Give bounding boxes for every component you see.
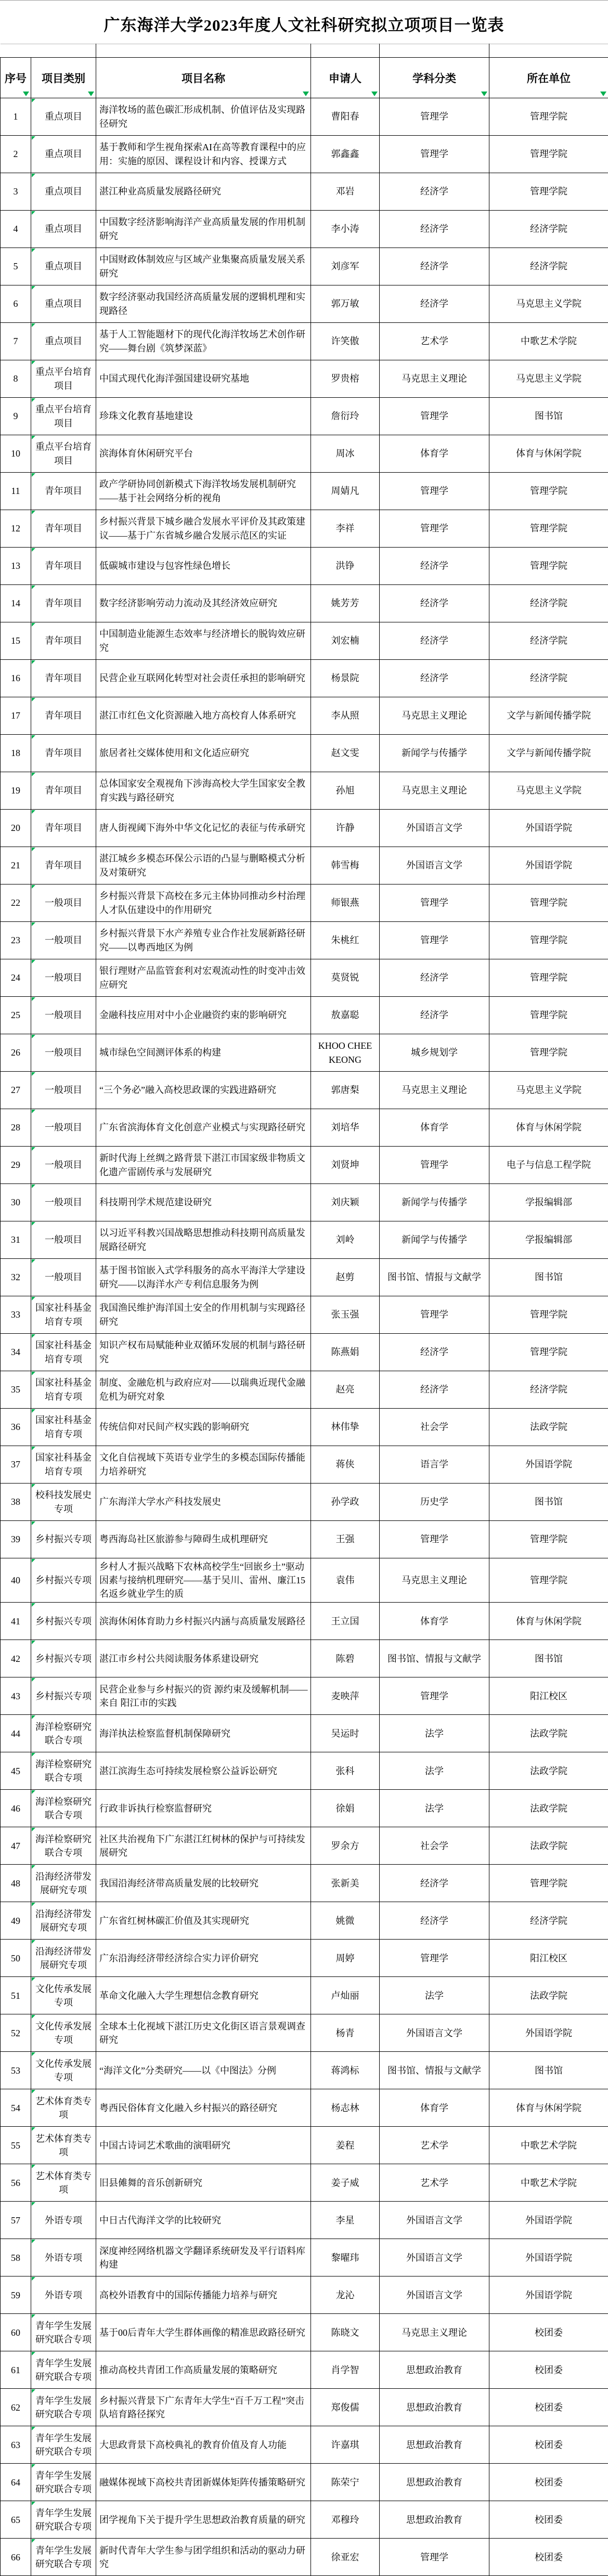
category-cell[interactable]: 青年项目 [31,810,96,847]
unit-cell[interactable]: 图书馆 [489,1259,608,1296]
row-number-cell[interactable]: 28 [1,1109,31,1147]
project-name-cell[interactable]: 传统信仰对民间产权实践的影响研究 [96,1409,311,1446]
category-cell[interactable]: 艺术体育类专项 [31,2127,96,2164]
discipline-cell[interactable]: 管理学 [380,1677,489,1715]
row-number-cell[interactable]: 3 [1,173,31,211]
category-cell[interactable]: 外语专项 [31,2239,96,2276]
unit-cell[interactable]: 管理学院 [489,884,608,922]
project-name-cell[interactable]: 湛江种业高质量发展路径研究 [96,173,311,211]
applicant-cell[interactable]: 徐娟 [311,1790,380,1827]
unit-cell[interactable]: 体育与休闲学院 [489,1109,608,1147]
applicant-cell[interactable]: 吴运时 [311,1715,380,1752]
applicant-cell[interactable]: 刘彦军 [311,248,380,285]
unit-cell[interactable]: 文学与新闻传播学院 [489,697,608,735]
category-cell[interactable]: 重点项目 [31,323,96,360]
category-cell[interactable]: 青年项目 [31,585,96,622]
category-cell[interactable]: 青年项目 [31,548,96,585]
unit-cell[interactable]: 管理学院 [489,959,608,997]
applicant-cell[interactable]: 莫贤锐 [311,959,380,997]
project-name-cell[interactable]: 滨海体育休闲研究平台 [96,435,311,473]
discipline-cell[interactable]: 新闻学与传播学 [380,735,489,772]
category-cell[interactable]: 青年学生发展研究联合专项 [31,2314,96,2351]
filter-dropdown-icon[interactable] [481,92,487,96]
unit-cell[interactable]: 管理学院 [489,473,608,510]
category-cell[interactable]: 外语专项 [31,2202,96,2239]
row-number-cell[interactable]: 19 [1,772,31,810]
row-number-cell[interactable]: 54 [1,2089,31,2127]
applicant-cell[interactable]: 周婷 [311,1940,380,1977]
project-name-cell[interactable]: 基于人工智能题材下的现代化海洋牧场艺术创作研究——舞台剧《筑梦深蓝》 [96,323,311,360]
discipline-cell[interactable]: 经济学 [380,959,489,997]
project-name-cell[interactable]: 高校外语教育中的国际传播能力培养与研究 [96,2276,311,2314]
project-name-cell[interactable]: 乡村振兴背景下高校在多元主体协同推动乡村治理人才队伍建设中的作用研究 [96,884,311,922]
discipline-cell[interactable]: 法学 [380,1715,489,1752]
discipline-cell[interactable]: 经济学 [380,1334,489,1371]
project-name-cell[interactable]: 基于图书馆嵌入式学科服务的高水平海洋大学建设研究——以海洋水产专利信息服务为例 [96,1259,311,1296]
discipline-cell[interactable]: 马克思主义理论 [380,772,489,810]
category-cell[interactable]: 艺术体育类专项 [31,2089,96,2127]
category-cell[interactable]: 国家社科基金培育专项 [31,1371,96,1409]
unit-cell[interactable]: 图书馆 [489,1640,608,1677]
applicant-cell[interactable]: 许嘉琪 [311,2426,380,2464]
unit-cell[interactable]: 法政学院 [489,1977,608,2014]
applicant-cell[interactable]: 陈燕娟 [311,1334,380,1371]
applicant-cell[interactable]: 刘庆颖 [311,1184,380,1221]
row-number-cell[interactable]: 36 [1,1409,31,1446]
applicant-cell[interactable]: 曹阳春 [311,98,380,136]
applicant-cell[interactable]: 李从照 [311,697,380,735]
unit-cell[interactable]: 经济学院 [489,660,608,697]
category-cell[interactable]: 一般项目 [31,959,96,997]
project-name-cell[interactable]: 城市绿色空间测评体系的构建 [96,1034,311,1072]
unit-cell[interactable]: 管理学院 [489,1034,608,1072]
applicant-cell[interactable]: 姚微 [311,1902,380,1940]
unit-cell[interactable]: 法政学院 [489,1409,608,1446]
applicant-cell[interactable]: 刘岭 [311,1221,380,1259]
project-name-cell[interactable]: 湛江城乡多模态环保公示语的凸显与删略模式分析及对策研究 [96,847,311,884]
applicant-cell[interactable]: 许静 [311,810,380,847]
project-name-cell[interactable]: 数字经济影响劳动力流动及其经济效应研究 [96,585,311,622]
applicant-cell[interactable]: 龙沁 [311,2276,380,2314]
category-cell[interactable]: 外语专项 [31,2276,96,2314]
project-name-cell[interactable]: 海洋牧场的蓝色碳汇形成机制、价值评估及实现路径研究 [96,98,311,136]
row-number-cell[interactable]: 66 [1,2539,31,2576]
applicant-cell[interactable]: 李星 [311,2202,380,2239]
project-name-cell[interactable]: 革命文化融入大学生理想信念教育研究 [96,1977,311,2014]
row-number-cell[interactable]: 33 [1,1296,31,1334]
row-number-cell[interactable]: 9 [1,398,31,435]
discipline-cell[interactable]: 经济学 [380,248,489,285]
project-name-cell[interactable]: 中国古诗词艺术歌曲的演唱研究 [96,2127,311,2164]
project-name-cell[interactable]: 粤西海岛社区旅游参与障碍生成机理研究 [96,1521,311,1558]
row-number-cell[interactable]: 4 [1,211,31,248]
unit-cell[interactable]: 校团委 [489,2501,608,2539]
unit-cell[interactable]: 法政学院 [489,1790,608,1827]
unit-cell[interactable]: 外国语学院 [489,2239,608,2276]
category-cell[interactable]: 重点平台培育项目 [31,398,96,435]
applicant-cell[interactable]: KHOO CHEE KEONG [311,1034,380,1072]
discipline-cell[interactable]: 马克思主义理论 [380,2314,489,2351]
row-number-cell[interactable]: 6 [1,285,31,323]
project-name-cell[interactable]: 深度神经网络机器文学翻译系统研发及平行语料库构建 [96,2239,311,2276]
unit-cell[interactable]: 校团委 [489,2426,608,2464]
row-number-cell[interactable]: 30 [1,1184,31,1221]
discipline-cell[interactable]: 外国语言文学 [380,810,489,847]
applicant-cell[interactable]: 刘宏楠 [311,622,380,660]
applicant-cell[interactable]: 赵剪 [311,1259,380,1296]
discipline-cell[interactable]: 马克思主义理论 [380,1558,489,1603]
discipline-cell[interactable]: 经济学 [380,585,489,622]
unit-cell[interactable]: 外国语学院 [489,1446,608,1484]
discipline-cell[interactable]: 思想政治教育 [380,2351,489,2389]
applicant-cell[interactable]: 孙学政 [311,1484,380,1521]
row-number-cell[interactable]: 43 [1,1677,31,1715]
category-cell[interactable]: 青年学生发展研究联合专项 [31,2351,96,2389]
unit-cell[interactable]: 管理学院 [489,1558,608,1603]
category-cell[interactable]: 乡村振兴专项 [31,1521,96,1558]
project-name-cell[interactable]: 珍珠文化教育基地建设 [96,398,311,435]
row-number-cell[interactable]: 5 [1,248,31,285]
category-cell[interactable]: 重点项目 [31,136,96,173]
applicant-cell[interactable]: 孙旭 [311,772,380,810]
row-number-cell[interactable]: 31 [1,1221,31,1259]
row-number-cell[interactable]: 18 [1,735,31,772]
applicant-cell[interactable]: 李小涛 [311,211,380,248]
discipline-cell[interactable]: 外国语言文学 [380,2202,489,2239]
discipline-cell[interactable]: 思想政治教育 [380,2464,489,2501]
project-name-cell[interactable]: 制度、金融危机与政府应对——以瑞典近现代金融危机为研究对象 [96,1371,311,1409]
applicant-cell[interactable]: 邓岩 [311,173,380,211]
row-number-cell[interactable]: 1 [1,98,31,136]
unit-cell[interactable]: 经济学院 [489,248,608,285]
category-cell[interactable]: 重点项目 [31,285,96,323]
unit-cell[interactable]: 阳江校区 [489,1940,608,1977]
applicant-cell[interactable]: 陈荣宁 [311,2464,380,2501]
category-cell[interactable]: 重点平台培育项目 [31,435,96,473]
unit-cell[interactable]: 体育与休闲学院 [489,1603,608,1640]
category-cell[interactable]: 一般项目 [31,1072,96,1109]
row-number-cell[interactable]: 16 [1,660,31,697]
category-cell[interactable]: 重点平台培育项目 [31,360,96,398]
row-number-cell[interactable]: 55 [1,2127,31,2164]
discipline-cell[interactable]: 马克思主义理论 [380,360,489,398]
unit-cell[interactable]: 学报编辑部 [489,1184,608,1221]
project-name-cell[interactable]: 团学视角下关于提升学生思想政治教育质量的研究 [96,2501,311,2539]
discipline-cell[interactable]: 艺术学 [380,2127,489,2164]
discipline-cell[interactable]: 体育学 [380,435,489,473]
unit-cell[interactable]: 学报编辑部 [489,1221,608,1259]
applicant-cell[interactable]: 林伟挚 [311,1409,380,1446]
discipline-cell[interactable]: 经济学 [380,1371,489,1409]
row-number-cell[interactable]: 45 [1,1752,31,1790]
unit-cell[interactable]: 管理学院 [489,98,608,136]
discipline-cell[interactable]: 法学 [380,1790,489,1827]
applicant-cell[interactable]: 蒋侠 [311,1446,380,1484]
row-number-cell[interactable]: 47 [1,1827,31,1865]
row-number-cell[interactable]: 64 [1,2464,31,2501]
category-cell[interactable]: 一般项目 [31,1109,96,1147]
project-name-cell[interactable]: 旅居者社交媒体使用和文化适应研究 [96,735,311,772]
category-cell[interactable]: 海洋检察研究联合专项 [31,1790,96,1827]
project-name-cell[interactable]: 新时代海上丝绸之路背景下湛江市国家级非物质文化遗产雷剧传承与发展研究 [96,1147,311,1184]
category-cell[interactable]: 青年项目 [31,660,96,697]
discipline-cell[interactable]: 思想政治教育 [380,2426,489,2464]
unit-cell[interactable]: 图书馆 [489,1484,608,1521]
applicant-cell[interactable]: 洪铮 [311,548,380,585]
unit-cell[interactable]: 马克思主义学院 [489,1072,608,1109]
project-name-cell[interactable]: 文化自信视域下英语专业学生的多模态国际传播能力培养研究 [96,1446,311,1484]
row-number-cell[interactable]: 12 [1,510,31,548]
unit-cell[interactable]: 外国语学院 [489,847,608,884]
unit-cell[interactable]: 校团委 [489,2314,608,2351]
discipline-cell[interactable]: 经济学 [380,285,489,323]
row-number-cell[interactable]: 52 [1,2014,31,2052]
discipline-cell[interactable]: 图书馆、情报与文献学 [380,2052,489,2089]
applicant-cell[interactable]: 许笑傲 [311,323,380,360]
discipline-cell[interactable]: 体育学 [380,1603,489,1640]
project-name-cell[interactable]: 我国渔民维护海洋国土安全的作用机制与实现路径研究 [96,1296,311,1334]
discipline-cell[interactable]: 思想政治教育 [380,2501,489,2539]
project-name-cell[interactable]: 湛江滨海生态可持续发展检察公益诉讼研究 [96,1752,311,1790]
row-number-cell[interactable]: 63 [1,2426,31,2464]
discipline-cell[interactable]: 马克思主义理论 [380,697,489,735]
category-cell[interactable]: 重点项目 [31,248,96,285]
applicant-cell[interactable]: 蒋鸿标 [311,2052,380,2089]
discipline-cell[interactable]: 马克思主义理论 [380,1072,489,1109]
category-cell[interactable]: 校科技发展史专项 [31,1484,96,1521]
applicant-cell[interactable]: 陈晓文 [311,2314,380,2351]
project-name-cell[interactable]: 数字经济驱动我国经济高质量发展的逻辑机理和实现路径 [96,285,311,323]
category-cell[interactable]: 海洋检察研究联合专项 [31,1827,96,1865]
category-cell[interactable]: 青年项目 [31,622,96,660]
row-number-cell[interactable]: 25 [1,997,31,1034]
project-name-cell[interactable]: 行政非诉执行检察监督研究 [96,1790,311,1827]
applicant-cell[interactable]: 王立国 [311,1603,380,1640]
project-name-cell[interactable]: 乡村振兴背景下广东青年大学生“百千万工程”突击队培育路径探究 [96,2389,311,2426]
project-name-cell[interactable]: 民营企业互联网化转型对社会责任承担的影响研究 [96,660,311,697]
discipline-cell[interactable]: 经济学 [380,1902,489,1940]
discipline-cell[interactable]: 经济学 [380,173,489,211]
unit-cell[interactable]: 阳江校区 [489,1677,608,1715]
project-name-cell[interactable]: 广东海洋大学水产科技发展史 [96,1484,311,1521]
category-cell[interactable]: 青年项目 [31,473,96,510]
category-cell[interactable]: 青年学生发展研究联合专项 [31,2426,96,2464]
row-number-cell[interactable]: 24 [1,959,31,997]
discipline-cell[interactable]: 经济学 [380,622,489,660]
project-name-cell[interactable]: 全球本土化视域下湛江历史文化街区语言景观调查研究 [96,2014,311,2052]
discipline-cell[interactable]: 思想政治教育 [380,2389,489,2426]
unit-cell[interactable]: 管理学院 [489,548,608,585]
unit-cell[interactable]: 经济学院 [489,1371,608,1409]
category-cell[interactable]: 青年项目 [31,735,96,772]
unit-cell[interactable]: 经济学院 [489,211,608,248]
unit-cell[interactable]: 体育与休闲学院 [489,2089,608,2127]
unit-cell[interactable]: 图书馆 [489,2052,608,2089]
category-cell[interactable]: 青年项目 [31,772,96,810]
project-name-cell[interactable]: 乡村振兴背景下水产养殖专业合作社发展新路径研究——以粤西地区为例 [96,922,311,959]
category-cell[interactable]: 一般项目 [31,1259,96,1296]
category-cell[interactable]: 海洋检察研究联合专项 [31,1715,96,1752]
row-number-cell[interactable]: 34 [1,1334,31,1371]
project-name-cell[interactable]: 政产学研协同创新模式下海洋牧场发展机制研究——基于社会网络分析的视角 [96,473,311,510]
unit-cell[interactable]: 外国语学院 [489,810,608,847]
unit-cell[interactable]: 图书馆 [489,398,608,435]
category-cell[interactable]: 沿海经济带发展研究专项 [31,1902,96,1940]
discipline-cell[interactable]: 管理学 [380,922,489,959]
category-cell[interactable]: 重点项目 [31,211,96,248]
category-cell[interactable]: 文化传承发展专项 [31,1977,96,2014]
project-name-cell[interactable]: “三个务必”融入高校思政课的实践进路研究 [96,1072,311,1109]
unit-cell[interactable]: 校团委 [489,2539,608,2576]
filter-dropdown-icon[interactable] [88,92,94,96]
applicant-cell[interactable]: 郑俊儒 [311,2389,380,2426]
discipline-cell[interactable]: 体育学 [380,2089,489,2127]
project-name-cell[interactable]: 乡村振兴背景下城乡融合发展水平评价及其政策建议——基于广东省城乡融合发展示范区的… [96,510,311,548]
category-cell[interactable]: 国家社科基金培育专项 [31,1296,96,1334]
applicant-cell[interactable]: 杨景院 [311,660,380,697]
row-number-cell[interactable]: 41 [1,1603,31,1640]
discipline-cell[interactable]: 管理学 [380,1521,489,1558]
applicant-cell[interactable]: 杨青 [311,2014,380,2052]
project-name-cell[interactable]: 旧县傩舞的音乐创新研究 [96,2164,311,2202]
discipline-cell[interactable]: 社会学 [380,1409,489,1446]
project-name-cell[interactable]: 广东沿海经济带经济综合实力评价研究 [96,1940,311,1977]
category-cell[interactable]: 乡村振兴专项 [31,1640,96,1677]
unit-cell[interactable]: 中歌艺术学院 [489,2164,608,2202]
applicant-cell[interactable]: 王强 [311,1521,380,1558]
project-name-cell[interactable]: 以习近平科教兴国战略思想推动科技期刊高质量发展路径研究 [96,1221,311,1259]
discipline-cell[interactable]: 管理学 [380,884,489,922]
project-name-cell[interactable]: 中国式现代化海洋强国建设研究基地 [96,360,311,398]
row-number-cell[interactable]: 22 [1,884,31,922]
discipline-cell[interactable]: 城乡规划学 [380,1034,489,1072]
category-cell[interactable]: 青年项目 [31,847,96,884]
row-number-cell[interactable]: 26 [1,1034,31,1072]
category-cell[interactable]: 青年学生发展研究联合专项 [31,2464,96,2501]
category-cell[interactable]: 艺术体育类专项 [31,2164,96,2202]
applicant-cell[interactable]: 朱桃红 [311,922,380,959]
discipline-cell[interactable]: 外国语言文学 [380,2014,489,2052]
applicant-cell[interactable]: 袁伟 [311,1558,380,1603]
row-number-cell[interactable]: 17 [1,697,31,735]
category-cell[interactable]: 青年学生发展研究联合专项 [31,2389,96,2426]
project-name-cell[interactable]: 广东省红树林碳汇价值及其实现研究 [96,1902,311,1940]
unit-cell[interactable]: 校团委 [489,2389,608,2426]
unit-cell[interactable]: 管理学院 [489,136,608,173]
row-number-cell[interactable]: 62 [1,2389,31,2426]
row-number-cell[interactable]: 46 [1,1790,31,1827]
discipline-cell[interactable]: 经济学 [380,548,489,585]
discipline-cell[interactable]: 图书馆、情报与文献学 [380,1259,489,1296]
discipline-cell[interactable]: 外国语言文学 [380,2276,489,2314]
discipline-cell[interactable]: 管理学 [380,473,489,510]
category-cell[interactable]: 海洋检察研究联合专项 [31,1752,96,1790]
row-number-cell[interactable]: 27 [1,1072,31,1109]
category-cell[interactable]: 文化传承发展专项 [31,2014,96,2052]
discipline-cell[interactable]: 外国语言文学 [380,847,489,884]
category-cell[interactable]: 一般项目 [31,922,96,959]
unit-cell[interactable]: 管理学院 [489,173,608,211]
project-name-cell[interactable]: 滨海休闲体育助力乡村振兴内涵与高质量发展路径 [96,1603,311,1640]
discipline-cell[interactable]: 管理学 [380,398,489,435]
project-name-cell[interactable]: “海洋文化”分类研究——以《中图法》分例 [96,2052,311,2089]
discipline-cell[interactable]: 法学 [380,1977,489,2014]
row-number-cell[interactable]: 51 [1,1977,31,2014]
applicant-cell[interactable]: 杨志林 [311,2089,380,2127]
category-cell[interactable]: 文化传承发展专项 [31,2052,96,2089]
project-name-cell[interactable]: 知识产权布局赋能种业双循环发展的机制与路径研究 [96,1334,311,1371]
row-number-cell[interactable]: 2 [1,136,31,173]
category-cell[interactable]: 重点项目 [31,173,96,211]
row-number-cell[interactable]: 49 [1,1902,31,1940]
unit-cell[interactable]: 管理学院 [489,1865,608,1902]
discipline-cell[interactable]: 经济学 [380,660,489,697]
discipline-cell[interactable]: 管理学 [380,1147,489,1184]
filter-dropdown-icon[interactable] [600,92,606,96]
category-cell[interactable]: 国家社科基金培育专项 [31,1409,96,1446]
category-cell[interactable]: 青年项目 [31,510,96,548]
unit-cell[interactable]: 电子与信息工程学院 [489,1147,608,1184]
unit-cell[interactable]: 经济学院 [489,585,608,622]
row-number-cell[interactable]: 44 [1,1715,31,1752]
row-number-cell[interactable]: 53 [1,2052,31,2089]
row-number-cell[interactable]: 37 [1,1446,31,1484]
unit-cell[interactable]: 管理学院 [489,997,608,1034]
row-number-cell[interactable]: 13 [1,548,31,585]
applicant-cell[interactable]: 郭唐梨 [311,1072,380,1109]
discipline-cell[interactable]: 经济学 [380,211,489,248]
category-cell[interactable]: 一般项目 [31,1184,96,1221]
project-name-cell[interactable]: 湛江市红色文化资源融入地方高校育人体系研究 [96,697,311,735]
applicant-cell[interactable]: 敖嘉聪 [311,997,380,1034]
discipline-cell[interactable]: 管理学 [380,510,489,548]
project-name-cell[interactable]: 中国制造业能源生态效率与经济增长的脱钩效应研究 [96,622,311,660]
discipline-cell[interactable]: 新闻学与传播学 [380,1221,489,1259]
row-number-cell[interactable]: 11 [1,473,31,510]
row-number-cell[interactable]: 20 [1,810,31,847]
row-number-cell[interactable]: 65 [1,2501,31,2539]
project-name-cell[interactable]: 推动高校共青团工作高质量发展的策略研究 [96,2351,311,2389]
project-name-cell[interactable]: 湛江市乡村公共阅读服务体系建设研究 [96,1640,311,1677]
unit-cell[interactable]: 法政学院 [489,1827,608,1865]
category-cell[interactable]: 青年学生发展研究联合专项 [31,2539,96,2576]
applicant-cell[interactable]: 卢灿丽 [311,1977,380,2014]
row-number-cell[interactable]: 10 [1,435,31,473]
applicant-cell[interactable]: 刘培华 [311,1109,380,1147]
project-name-cell[interactable]: 中国数字经济影响海洋产业高质量发展的作用机制研究 [96,211,311,248]
discipline-cell[interactable]: 艺术学 [380,2164,489,2202]
discipline-cell[interactable]: 社会学 [380,1827,489,1865]
category-cell[interactable]: 重点项目 [31,98,96,136]
project-name-cell[interactable]: 海洋执法检察监督机制保障研究 [96,1715,311,1752]
applicant-cell[interactable]: 韩雪梅 [311,847,380,884]
row-number-cell[interactable]: 7 [1,323,31,360]
discipline-cell[interactable]: 体育学 [380,1109,489,1147]
category-cell[interactable]: 沿海经济带发展研究专项 [31,1865,96,1902]
row-number-cell[interactable]: 32 [1,1259,31,1296]
unit-cell[interactable]: 校团委 [489,2464,608,2501]
applicant-cell[interactable]: 周冰 [311,435,380,473]
row-number-cell[interactable]: 56 [1,2164,31,2202]
discipline-cell[interactable]: 管理学 [380,2539,489,2576]
unit-cell[interactable]: 管理学院 [489,922,608,959]
filter-dropdown-icon[interactable] [303,92,309,96]
project-name-cell[interactable]: 中日古代海洋文学的比较研究 [96,2202,311,2239]
applicant-cell[interactable]: 麦映萍 [311,1677,380,1715]
applicant-cell[interactable]: 姜程 [311,2127,380,2164]
category-cell[interactable]: 一般项目 [31,1147,96,1184]
project-name-cell[interactable]: 中国财政体制效应与区域产业集聚高质量发展关系研究 [96,248,311,285]
